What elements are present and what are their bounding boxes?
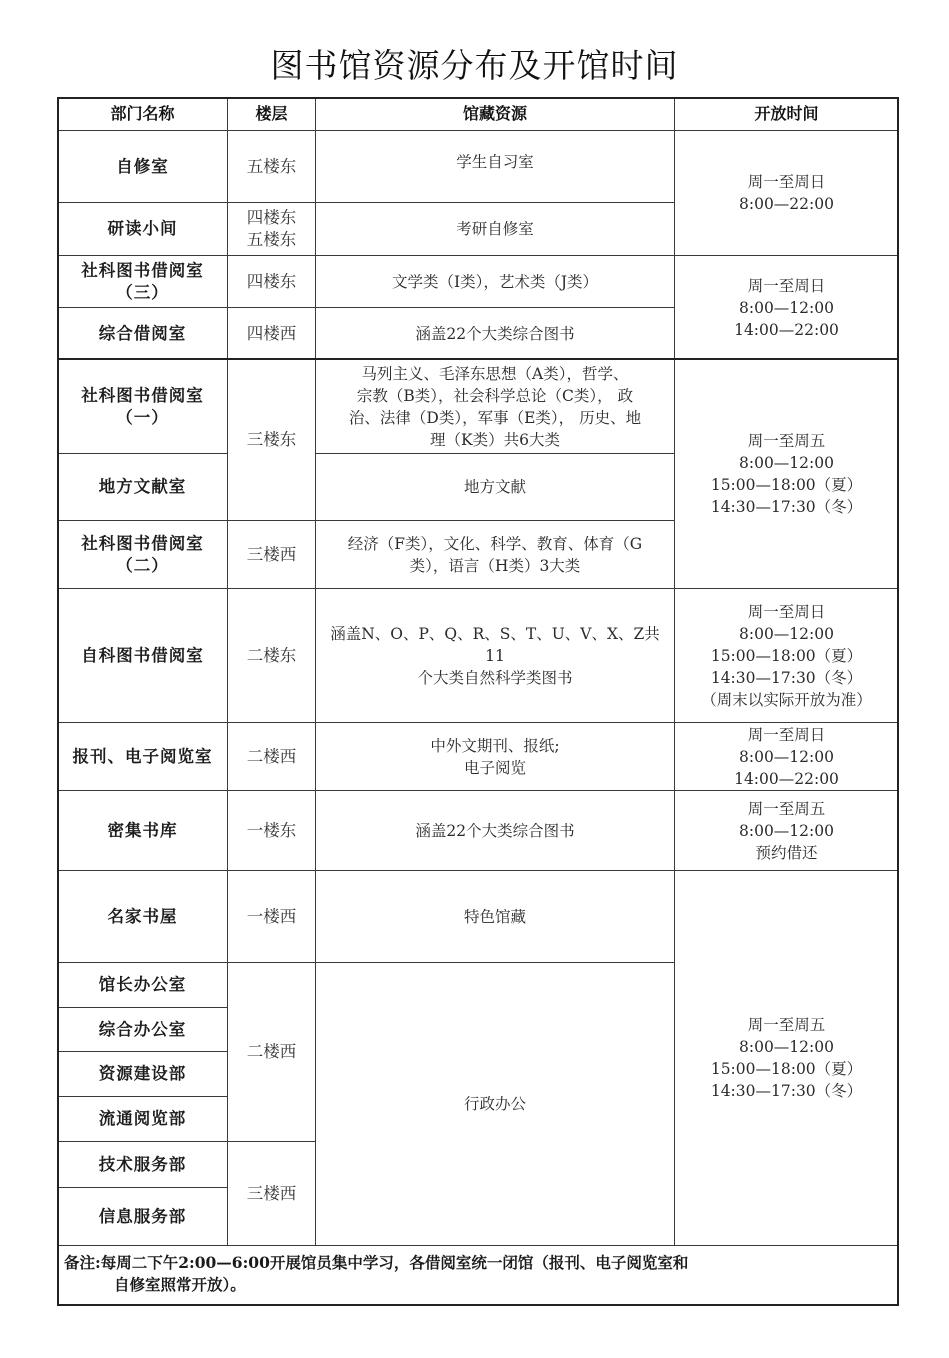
- floor-cell: 三楼西: [227, 1141, 316, 1246]
- hours-line: 8:00—12:00: [739, 820, 834, 842]
- hours-line: 周一至周五: [748, 1014, 826, 1036]
- hours-line: 预约借还: [755, 842, 817, 864]
- dept-cell: 研读小间: [57, 202, 228, 256]
- floor-label: 三楼西: [247, 1183, 297, 1205]
- hours-line: 8:00—22:00: [739, 193, 834, 215]
- resource-cell: 中外文期刊、报纸;电子阅览: [315, 722, 675, 791]
- dept-cell: 馆长办公室: [57, 962, 228, 1008]
- footnote-line-2: 自修室照常开放）。: [64, 1274, 892, 1296]
- resource-cell: 涵盖22个大类综合图书: [315, 307, 675, 360]
- dept-name: 综合办公室: [99, 1019, 187, 1041]
- floor-label: 二楼东: [247, 645, 297, 667]
- header-resources: 馆藏资源: [315, 97, 675, 131]
- dept-name-suffix: （三）: [116, 282, 169, 304]
- hours-cell: 周一至周五8:00—12:0015:00—18:00（夏）14:30—17:30…: [674, 359, 899, 589]
- resource-text: 个大类自然科学类图书: [417, 667, 572, 689]
- dept-cell: 报刊、电子阅览室: [57, 722, 228, 791]
- floor-cell: 四楼西: [227, 307, 316, 360]
- hours-line: 14:00—22:00: [734, 319, 839, 341]
- resource-text: 涵盖22个大类综合图书: [415, 820, 574, 842]
- hours-line: （周末以实际开放为准）: [701, 689, 872, 711]
- hours-cell: 周一至周日8:00—12:0015:00—18:00（夏）14:30—17:30…: [674, 588, 899, 723]
- resource-text: 治、法律（D类），军事（E类）， 历史、地: [349, 407, 641, 429]
- hours-cell: 周一至周五8:00—12:00预约借还: [674, 790, 899, 871]
- resource-text: 地方文献: [464, 476, 526, 498]
- resource-text: 电子阅览: [464, 757, 526, 779]
- floor-cell: 三楼西: [227, 520, 316, 589]
- hours-line: 14:00—22:00: [734, 768, 839, 790]
- floor-label: 二楼西: [247, 746, 297, 768]
- resource-cell: 经济（F类），文化、科学、教育、体育（G类），语言（H类）3大类: [315, 520, 675, 589]
- floor-label: 五楼东: [247, 229, 297, 251]
- header-department: 部门名称: [57, 97, 228, 131]
- resource-cell: 涵盖N、O、P、Q、R、S、T、U、V、X、Z共11个大类自然科学类图书: [315, 588, 675, 723]
- hours-line: 15:00—18:00（夏）: [711, 474, 862, 496]
- hours-cell: 周一至周五8:00—12:0015:00—18:00（夏）14:30—17:30…: [674, 870, 899, 1246]
- floor-cell: 一楼东: [227, 790, 316, 871]
- resource-cell: 特色馆藏: [315, 870, 675, 963]
- dept-cell: 社科图书借阅室（三）: [57, 255, 228, 308]
- resource-text: 学生自习室: [456, 151, 534, 173]
- floor-label: 三楼西: [247, 544, 297, 566]
- dept-name: 地方文献室: [99, 476, 187, 498]
- dept-cell: 自修室: [57, 130, 228, 203]
- hours-cell: 周一至周日8:00—22:00: [674, 130, 899, 256]
- dept-name: 资源建设部: [99, 1063, 187, 1085]
- hours-line: 14:30—17:30（冬）: [711, 1080, 862, 1102]
- hours-line: 8:00—12:00: [739, 1036, 834, 1058]
- dept-cell: 流通阅览部: [57, 1096, 228, 1142]
- resource-cell: 涵盖22个大类综合图书: [315, 790, 675, 871]
- dept-cell: 名家书屋: [57, 870, 228, 963]
- footnote: 备注:每周二下午2:00—6:00开展馆员集中学习，各借阅室统一闭馆（报刊、电子…: [57, 1245, 899, 1306]
- floor-label: 二楼西: [247, 1041, 297, 1063]
- dept-name: 报刊、电子阅览室: [73, 746, 213, 768]
- resource-cell: 考研自修室: [315, 202, 675, 256]
- resource-text: 文学类（I类），艺术类（J类）: [392, 271, 598, 293]
- dept-name: 流通阅览部: [99, 1108, 187, 1130]
- hours-line: 周一至周五: [748, 430, 826, 452]
- floor-cell: 二楼东: [227, 588, 316, 723]
- hours-line: 15:00—18:00（夏）: [711, 1058, 862, 1080]
- resource-cell: 马列主义、毛泽东思想（A类），哲学、宗教（B类），社会科学总论（C类）， 政治、…: [315, 359, 675, 454]
- floor-label: 四楼东: [247, 271, 297, 293]
- dept-name: 信息服务部: [99, 1206, 187, 1228]
- header-hours: 开放时间: [674, 97, 899, 131]
- hours-cell: 周一至周日8:00—12:0014:00—22:00: [674, 722, 899, 791]
- resource-text: 涵盖N、O、P、Q、R、S、T、U、V、X、Z共11: [322, 623, 668, 667]
- dept-cell: 信息服务部: [57, 1187, 228, 1246]
- dept-cell: 技术服务部: [57, 1141, 228, 1188]
- dept-name: 社科图书借阅室: [81, 385, 204, 407]
- hours-line: 8:00—12:00: [739, 623, 834, 645]
- resource-text: 考研自修室: [456, 218, 534, 240]
- resource-text: 马列主义、毛泽东思想（A类），哲学、: [362, 363, 629, 385]
- dept-name: 综合借阅室: [99, 323, 187, 345]
- hours-line: 15:00—18:00（夏）: [711, 645, 862, 667]
- floor-label: 四楼东: [247, 207, 297, 229]
- resource-text: 类），语言（H类）3大类: [410, 555, 581, 577]
- floor-cell: 三楼东: [227, 359, 316, 521]
- resource-text: 中外文期刊、报纸;: [430, 735, 559, 757]
- floor-cell: 二楼西: [227, 962, 316, 1142]
- hours-line: 8:00—12:00: [739, 746, 834, 768]
- dept-name: 技术服务部: [99, 1154, 187, 1176]
- hours-line: 8:00—12:00: [739, 452, 834, 474]
- dept-name: 社科图书借阅室: [81, 533, 204, 555]
- hours-line: 周一至周五: [748, 798, 826, 820]
- dept-name: 密集书库: [108, 820, 178, 842]
- hours-line: 14:30—17:30（冬）: [711, 496, 862, 518]
- floor-label: 五楼东: [247, 156, 297, 178]
- dept-name-suffix: （一）: [116, 407, 169, 429]
- dept-name-suffix: （二）: [116, 555, 169, 577]
- dept-cell: 社科图书借阅室（一）: [57, 359, 228, 454]
- floor-cell: 二楼西: [227, 722, 316, 791]
- floor-cell: 五楼东: [227, 130, 316, 203]
- resource-text: 行政办公: [464, 1093, 526, 1115]
- group-divider: [57, 358, 899, 360]
- floor-label: 三楼东: [247, 429, 297, 451]
- dept-cell: 密集书库: [57, 790, 228, 871]
- resource-cell: 学生自习室: [315, 130, 675, 203]
- hours-cell: 周一至周日8:00—12:0014:00—22:00: [674, 255, 899, 360]
- footnote-line-1: 备注:每周二下午2:00—6:00开展馆员集中学习，各借阅室统一闭馆（报刊、电子…: [64, 1253, 688, 1272]
- header-floor: 楼层: [227, 97, 316, 131]
- floor-cell: 四楼东五楼东: [227, 202, 316, 256]
- resource-cell: 地方文献: [315, 453, 675, 521]
- resource-text: 理（K类）共6大类: [430, 429, 560, 451]
- dept-cell: 自科图书借阅室: [57, 588, 228, 723]
- hours-line: 周一至周日: [748, 275, 826, 297]
- floor-label: 一楼东: [247, 820, 297, 842]
- floor-cell: 四楼东: [227, 255, 316, 308]
- floor-label: 一楼西: [247, 906, 297, 928]
- page-title: 图书馆资源分布及开馆时间: [0, 40, 949, 87]
- hours-line: 周一至周日: [748, 601, 826, 623]
- hours-line: 8:00—12:00: [739, 297, 834, 319]
- dept-name: 自科图书借阅室: [81, 645, 204, 667]
- resource-text: 特色馆藏: [464, 906, 526, 928]
- hours-line: 周一至周日: [748, 724, 826, 746]
- resource-text: 经济（F类），文化、科学、教育、体育（G: [348, 533, 642, 555]
- resource-cell: 文学类（I类），艺术类（J类）: [315, 255, 675, 308]
- dept-cell: 社科图书借阅室（二）: [57, 520, 228, 589]
- floor-label: 四楼西: [247, 323, 297, 345]
- dept-cell: 综合办公室: [57, 1007, 228, 1052]
- dept-name: 自修室: [116, 156, 169, 178]
- dept-name: 研读小间: [108, 218, 178, 240]
- dept-name: 馆长办公室: [99, 974, 187, 996]
- dept-cell: 综合借阅室: [57, 307, 228, 360]
- dept-cell: 地方文献室: [57, 453, 228, 521]
- resource-text: 涵盖22个大类综合图书: [415, 323, 574, 345]
- resource-text: 宗教（B类），社会科学总论（C类）， 政: [357, 385, 633, 407]
- floor-cell: 一楼西: [227, 870, 316, 963]
- dept-name: 社科图书借阅室: [81, 260, 204, 282]
- dept-name: 名家书屋: [108, 906, 178, 928]
- hours-line: 周一至周日: [748, 171, 826, 193]
- dept-cell: 资源建设部: [57, 1051, 228, 1097]
- hours-line: 14:30—17:30（冬）: [711, 667, 862, 689]
- resource-cell: 行政办公: [315, 962, 675, 1246]
